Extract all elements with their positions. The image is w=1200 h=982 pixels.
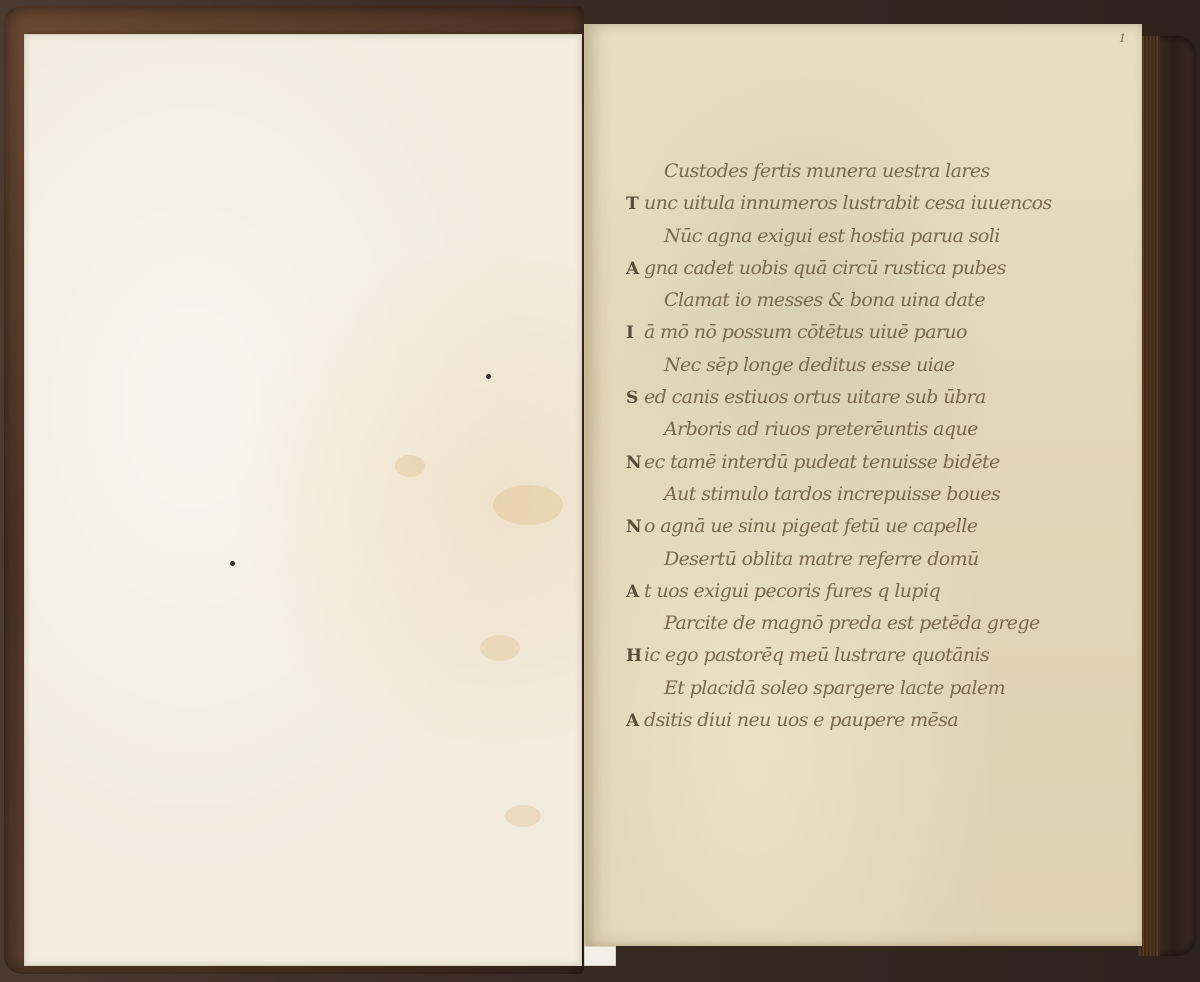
- verse-line: Custodes fertis munera uestra lares: [626, 155, 1126, 187]
- initial-letter: T: [626, 188, 644, 220]
- initial-letter: A: [626, 253, 644, 285]
- verse-line: Agna cadet uobis quā circū rustica pubes: [626, 252, 1126, 284]
- verse-line: Parcite de magnō preda est petēda grege: [626, 607, 1126, 639]
- left-flyleaf-page: [24, 34, 582, 966]
- foxing-stain: [493, 485, 563, 525]
- right-manuscript-page: 1 Custodes fertis munera uestra lares Tu…: [584, 24, 1142, 946]
- initial-letter: A: [626, 576, 644, 608]
- initial-letter: N: [626, 447, 644, 479]
- initial-letter: S: [626, 382, 644, 414]
- verse-line: Et placidā soleo spargere lacte palem: [626, 672, 1126, 704]
- foxing-stain: [505, 805, 541, 827]
- foxing-stain: [395, 455, 425, 477]
- paper-tab: [584, 946, 616, 966]
- verse-line: Clamat io messes & bona uina date: [626, 284, 1126, 316]
- ink-speck: [230, 561, 235, 566]
- verse-line: Sed canis estiuos ortus uitare sub ūbra: [626, 381, 1126, 413]
- initial-letter: N: [626, 511, 644, 543]
- ink-speck: [486, 374, 491, 379]
- verse-line: Desertū oblita matre referre domū: [626, 543, 1126, 575]
- verse-line: Nec sēp longe deditus esse uiae: [626, 349, 1126, 381]
- verse-line: Nec tamē interdū pudeat tenuisse bidēte: [626, 446, 1126, 478]
- verse-line: Adsitis diui neu uos e paupere mēsa: [626, 704, 1126, 736]
- initial-letter: A: [626, 705, 644, 737]
- initial-letter: H: [626, 640, 644, 672]
- verse-line: Aut stimulo tardos increpuisse boues: [626, 478, 1126, 510]
- verse-line: Arboris ad riuos preterēuntis aque: [626, 413, 1126, 445]
- verse-line: Iā mō nō possum cōtētus uiuē paruo: [626, 316, 1126, 348]
- verse-line: No agnā ue sinu pigeat fetū ue capelle: [626, 510, 1126, 542]
- verse-line: Tunc uitula innumeros lustrabit cesa iuu…: [626, 187, 1126, 219]
- initial-letter: I: [626, 317, 644, 349]
- verse-line: At uos exigui pecoris fures q lupiq: [626, 575, 1126, 607]
- verse-text-block: Custodes fertis munera uestra lares Tunc…: [626, 155, 1126, 736]
- verse-line: Nūc agna exigui est hostia parua soli: [626, 220, 1126, 252]
- folio-number: 1: [1119, 32, 1126, 45]
- foxing-stain: [480, 635, 520, 661]
- verse-line: Hic ego pastorēq meū lustrare quotānis: [626, 639, 1126, 671]
